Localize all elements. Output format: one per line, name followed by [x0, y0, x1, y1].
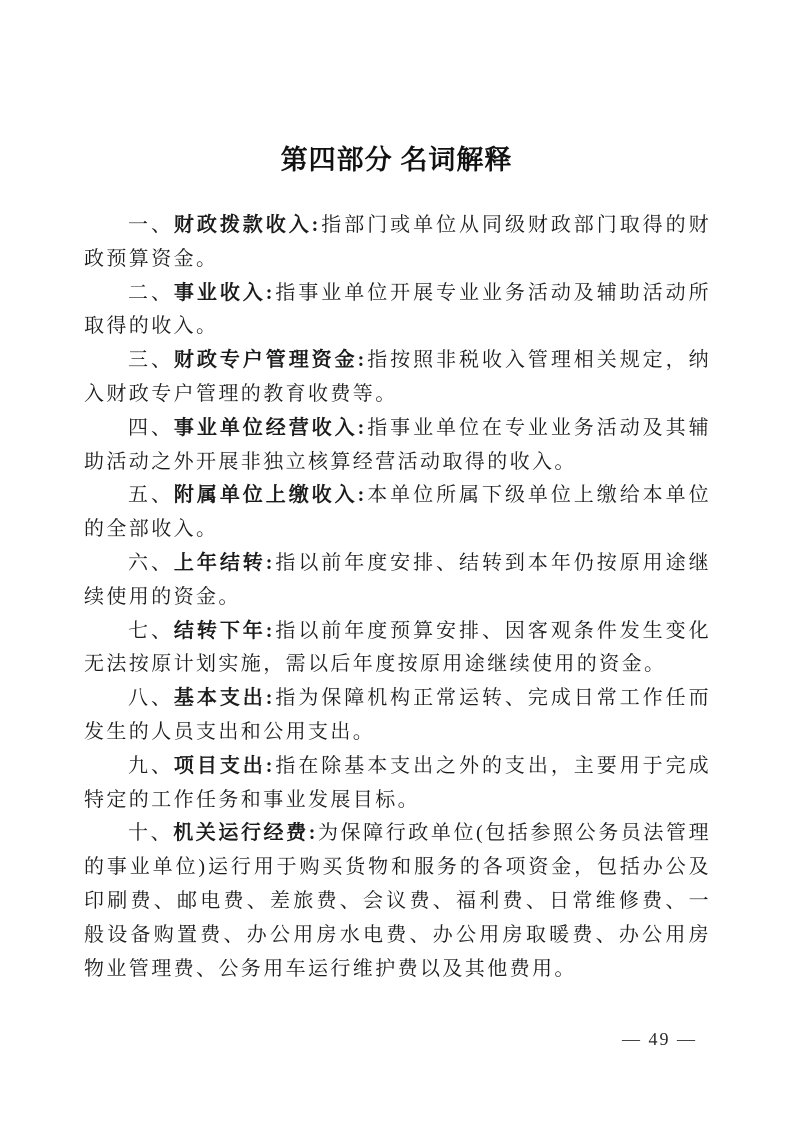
- definition-number: 四、: [128, 417, 174, 439]
- definition-number: 一、: [128, 214, 174, 236]
- definition-paragraph: 八、基本支出:指为保障机构正常运转、完成日常工作任而发生的人员支出和公用支出。: [84, 682, 711, 750]
- definition-term: 附属单位上缴收入:: [174, 484, 367, 506]
- definition-term: 上年结转:: [174, 552, 275, 574]
- definition-number: 三、: [128, 349, 174, 371]
- definition-paragraph: 五、附属单位上缴收入:本单位所属下级单位上缴给本单位的全部收入。: [84, 479, 711, 547]
- definition-paragraph: 二、事业收入:指事业单位开展专业业务活动及辅助活动所取得的收入。: [84, 277, 711, 345]
- definition-paragraph: 九、项目支出:指在除基本支出之外的支出，主要用于完成特定的工作任务和事业发展目标…: [84, 750, 711, 818]
- definition-text: 为保障行政单位(包括参照公务员法管理的事业单位)运行用于购买货物和服务的各项资金…: [84, 822, 711, 979]
- document-page: 第四部分 名词解释 一、财政拨款收入:指部门或单位从同级财政部门取得的财政预算资…: [0, 0, 793, 1122]
- definition-paragraph: 六、上年结转:指以前年度安排、结转到本年仍按原用途继续使用的资金。: [84, 547, 711, 615]
- definition-term: 基本支出:: [174, 687, 275, 709]
- page-number: — 49 —: [622, 1029, 697, 1050]
- definition-number: 六、: [128, 552, 174, 574]
- definition-paragraph: 七、结转下年:指以前年度预算安排、因客观条件发生变化无法按原计划实施，需以后年度…: [84, 615, 711, 683]
- definition-paragraph: 四、事业单位经营收入:指事业单位在专业业务活动及其辅助活动之外开展非独立核算经营…: [84, 412, 711, 480]
- definition-number: 九、: [128, 755, 174, 777]
- definition-paragraph: 十、机关运行经费:为保障行政单位(包括参照公务员法管理的事业单位)运行用于购买货…: [84, 817, 711, 986]
- definition-number: 七、: [128, 620, 174, 642]
- definition-term: 机关运行经费:: [173, 822, 318, 844]
- definition-term: 项目支出:: [174, 755, 275, 777]
- definition-term: 财政拨款收入:: [174, 214, 321, 236]
- definition-number: 十、: [128, 822, 173, 844]
- definition-term: 结转下年:: [174, 620, 275, 642]
- definition-number: 五、: [128, 484, 174, 506]
- definition-term: 财政专户管理资金:: [174, 349, 367, 371]
- definition-number: 二、: [128, 282, 174, 304]
- definition-number: 八、: [128, 687, 174, 709]
- page-title: 第四部分 名词解释: [0, 138, 793, 177]
- definition-term: 事业收入:: [174, 282, 275, 304]
- definition-paragraph: 三、财政专户管理资金:指按照非税收入管理相关规定，纳入财政专户管理的教育收费等。: [84, 344, 711, 412]
- definition-term: 事业单位经营收入:: [174, 417, 367, 439]
- definitions-list: 一、财政拨款收入:指部门或单位从同级财政部门取得的财政预算资金。 二、事业收入:…: [84, 209, 711, 986]
- definition-paragraph: 一、财政拨款收入:指部门或单位从同级财政部门取得的财政预算资金。: [84, 209, 711, 277]
